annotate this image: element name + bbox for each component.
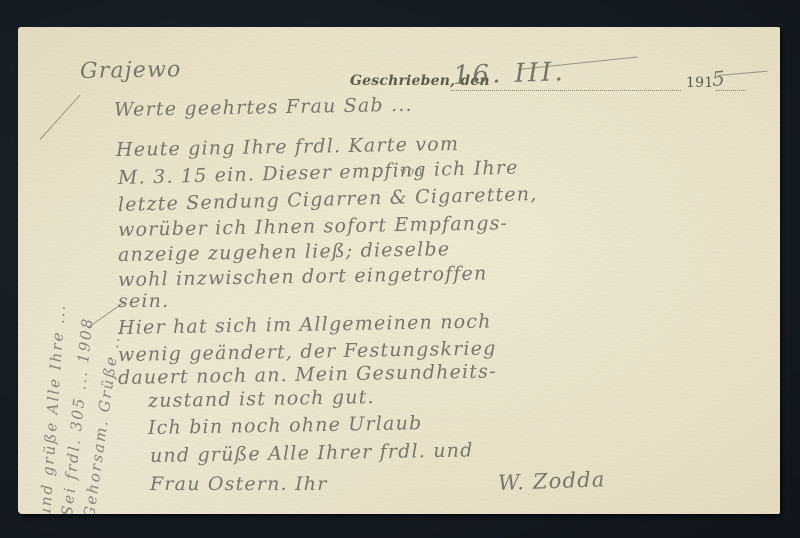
handwritten-line: Hier hat sich im Allgemeinen noch xyxy=(118,310,492,339)
handwritten-line: letzte Sendung Cigarren & Cigaretten, xyxy=(118,183,538,216)
pencil-stroke xyxy=(40,95,81,140)
handwritten-line: sein. xyxy=(118,290,169,312)
handwritten-date: 16. III. xyxy=(452,57,566,91)
handwritten-line: Ich bin noch ohne Urlaub xyxy=(148,412,423,439)
handwritten-line: und grüße Alle Ihrer frdl. und xyxy=(150,439,474,467)
handwritten-year-suffix: 5 xyxy=(711,66,727,91)
handwritten-line: Werte geehrtes Frau Sab ... xyxy=(114,94,413,121)
date-dotted-line xyxy=(451,90,681,91)
handwritten-line: Heute ging Ihre frdl. Karte vom xyxy=(116,133,459,161)
printed-year-prefix: 191 xyxy=(686,75,713,91)
handwritten-place: Grajewo xyxy=(80,57,182,84)
handwritten-line: wohl inzwischen dort eingetroffen xyxy=(118,263,488,291)
handwritten-line: anzeige zugehen ließ; dieselbe xyxy=(118,238,451,266)
handwritten-line: worüber ich Ihnen sofort Empfangs- xyxy=(118,212,509,241)
handwritten-line: Frau Ostern. Ihr xyxy=(150,473,328,495)
handwritten-line: zustand ist noch gut. xyxy=(148,386,375,412)
handwritten-signature: W. Zodda xyxy=(498,467,606,495)
postcard: Geschrieben, den 191 16. III. 5 Grajewo … xyxy=(18,27,780,514)
